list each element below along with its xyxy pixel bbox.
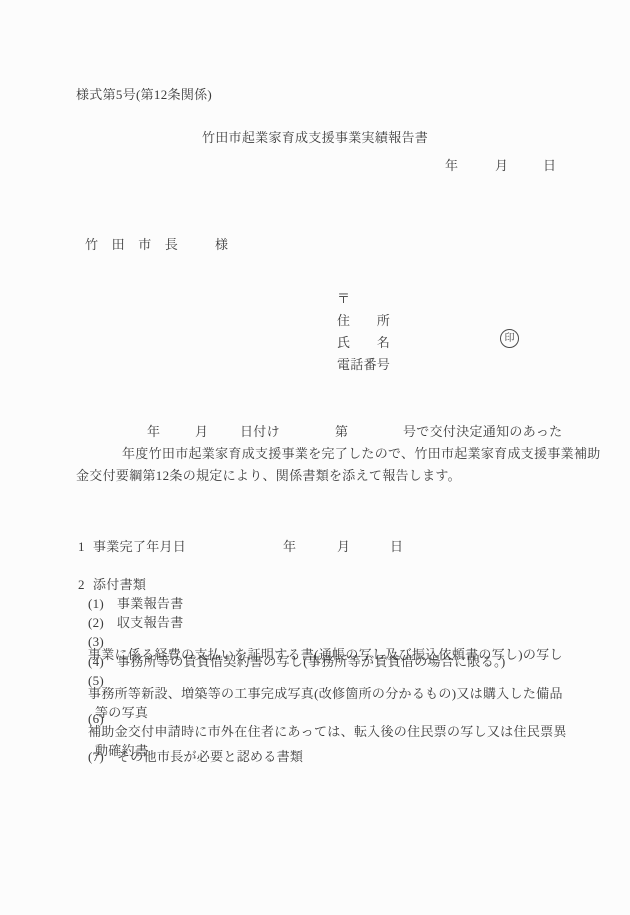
attachment-item-text: その他市長が必要と認める書類 [117,749,303,764]
form-number: 様式第5号(第12条関係) [76,88,212,102]
attachment-item-text: 収支報告書 [117,615,184,630]
attachment-item-text: 事務所等新設、増築等の工事完成写真(改修箇所の分かるもの)又は購入した備品 [88,686,563,701]
attachment-item-marker: (2) [88,616,117,629]
attachment-item-marker: (1) [88,597,117,610]
body-month-label: 月 [195,425,208,439]
section2-number: 2 [78,578,85,592]
body-line2: 年度竹田市起業家育成支援事業を完了したので、竹田市起業家育成支援事業補助 [122,447,601,461]
header-date-day-label: 日 [543,159,556,173]
recipient-title: 竹 田 市 長 [85,238,178,252]
body-line3: 金交付要綱第12条の規定により、関係書類を添えて報告します。 [76,469,461,483]
attachment-item-4: (4)事務所等の賃貸借契約書の写し(事務所等が賃貸借の場合に限る。) [88,655,588,674]
recipient-honorific: 様 [215,238,228,252]
sender-phone-label: 電話番号 [337,358,390,372]
completion-day-label: 日 [390,540,403,554]
section1-number: 1 [78,540,85,554]
header-date-month-label: 月 [495,159,508,173]
header-date-year-label: 年 [445,159,458,173]
attachment-item-text: 補助金交付申請時に市外在住者にあっては、転入後の住民票の写し又は住民票異 [88,724,567,739]
completion-year-label: 年 [283,540,296,554]
section1-label: 事業完了年月日 [93,540,186,554]
body-year-label: 年 [147,425,160,439]
attachment-item-marker: (4) [88,655,117,668]
sender-name-label: 氏 名 [337,336,390,350]
body-number-suffix: 号で交付決定通知のあった [403,425,562,439]
seal-character: 印 [505,334,515,344]
document-page: 様式第5号(第12条関係) 竹田市起業家育成支援事業実績報告書 年 月 日 竹 … [0,0,630,915]
body-number-prefix: 第 [335,425,348,439]
postal-mark: 〒 [337,292,350,306]
section2-label: 添付書類 [93,578,146,592]
attachment-item-1: (1)事業報告書 [88,597,588,616]
document-title: 竹田市起業家育成支援事業実績報告書 [0,131,630,145]
completion-month-label: 月 [337,540,350,554]
seal-icon: 印 [500,329,519,348]
body-day-suffix: 日付け [240,425,280,439]
attachment-item-text: 事務所等の賃貸借契約書の写し(事務所等が賃貸借の場合に限る。) [117,654,505,669]
sender-address-label: 住 所 [337,314,390,328]
attachment-item-2: (2)収支報告書 [88,616,588,635]
attachment-item-text: 事業報告書 [117,596,184,611]
attachment-item-7: (7)その他市長が必要と認める書類 [88,750,588,769]
attachment-item-marker: (7) [88,750,117,763]
